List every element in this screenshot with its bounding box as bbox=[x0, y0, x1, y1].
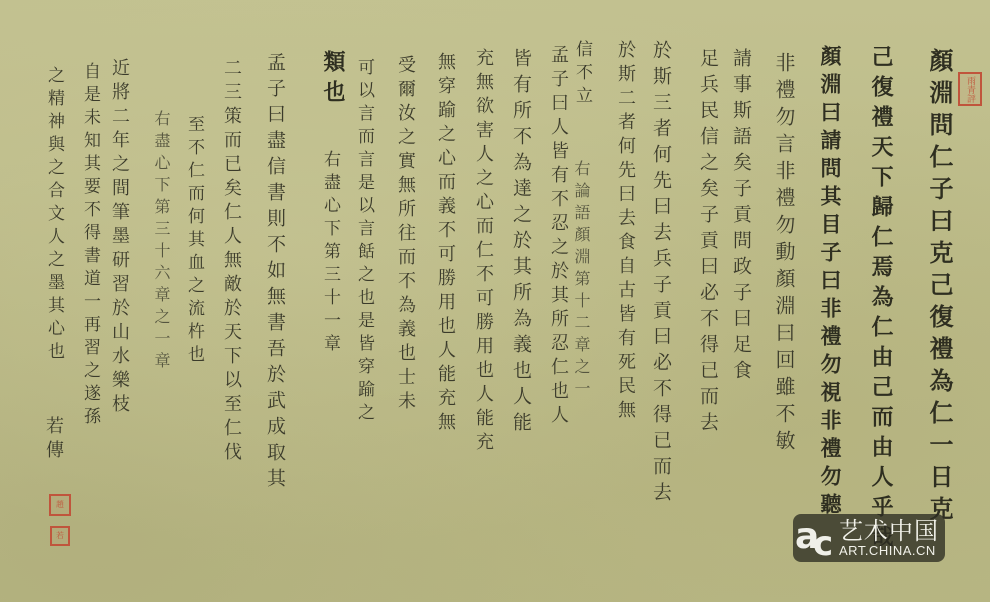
calligraphy-column: 之精神與之合文人之墨其心也 bbox=[42, 66, 67, 365]
calligraphy-column: 孟子曰盡信書則不如無書吾於武成取其 bbox=[262, 52, 289, 494]
calligraphy-column: 若傳 bbox=[40, 416, 66, 464]
logo-letter-c: c bbox=[813, 527, 833, 561]
calligraphy-column: 信不立 bbox=[570, 40, 595, 109]
art-china-logo-icon: a c bbox=[795, 517, 837, 559]
seal-top-right: 雨青評 bbox=[958, 72, 982, 106]
calligraphy-column: 請事斯語矣子貢問政子曰足食 bbox=[728, 48, 755, 386]
calligraphy-column: 受爾汝之實無所往而不為義也士未 bbox=[392, 55, 418, 415]
calligraphy-column: 自是未知其要不得書道一再習之遂孫 bbox=[78, 62, 103, 430]
calligraphy-column: 於斯二者何先曰去食自古皆有死民無 bbox=[612, 40, 638, 424]
calligraphy-column: 近將二年之間筆墨研習於山水樂枝 bbox=[106, 58, 132, 418]
calligraphy-column: 充無欲害人之心而仁不可勝用也人能充 bbox=[470, 48, 496, 456]
calligraphy-column: 二三策而已矣仁人無敵於天下以至仁伐 bbox=[218, 58, 244, 466]
watermark-text: 艺术中国 ART.CHINA.CN bbox=[839, 518, 939, 558]
calligraphy-column: 右盡心下第三十六章之一章 bbox=[150, 110, 173, 374]
calligraphy-column: 右論語顏淵第十二章之一 bbox=[570, 160, 593, 402]
calligraphy-column: 可以言而言是以言餂之也是皆穿踰之 bbox=[352, 58, 377, 426]
calligraphy-column: 右盡心下第三十一章 bbox=[318, 150, 343, 357]
watermark-name-cn: 艺术中国 bbox=[839, 518, 939, 544]
seal-signature-upper: 趙 bbox=[49, 494, 71, 516]
calligraphy-column: 孟子曰人皆有不忍之於其所忍仁也人 bbox=[545, 45, 571, 429]
calligraphy-column: 類也 bbox=[318, 50, 349, 110]
calligraphy-column: 無穿踰之心而義不可勝用也人能充無 bbox=[432, 52, 458, 436]
calligraphy-column: 皆有所不為達之於其所為義也人能 bbox=[508, 48, 535, 438]
calligraphy-column: 至不仁而何其血之流杵也 bbox=[182, 115, 207, 368]
seal-signature-lower-text: 若 bbox=[56, 532, 64, 540]
calligraphy-column: 顏淵曰請問其目子曰非禮勿視非禮勿聽 bbox=[815, 45, 845, 521]
calligraphy-column: 於斯三者何先曰去兵子貢曰必不得已而去 bbox=[648, 40, 675, 508]
seal-signature-lower: 若 bbox=[50, 526, 70, 546]
seal-signature-upper-text: 趙 bbox=[56, 501, 64, 509]
calligraphy-column: 非禮勿言非禮勿動顏淵曰回雖不敏 bbox=[770, 52, 799, 457]
watermark-name-en: ART.CHINA.CN bbox=[839, 544, 939, 558]
calligraphy-column: 顏淵問仁子曰克己復禮為仁一日克 bbox=[922, 48, 957, 528]
calligraphy-column: 己復禮天下歸仁焉為仁由己而由人乎哉 bbox=[866, 45, 897, 555]
calligraphy-column: 足兵民信之矣子貢曰必不得已而去 bbox=[695, 48, 722, 438]
seal-top-right-text: 雨青評 bbox=[965, 76, 975, 103]
art-china-watermark: a c 艺术中国 ART.CHINA.CN bbox=[793, 514, 945, 562]
